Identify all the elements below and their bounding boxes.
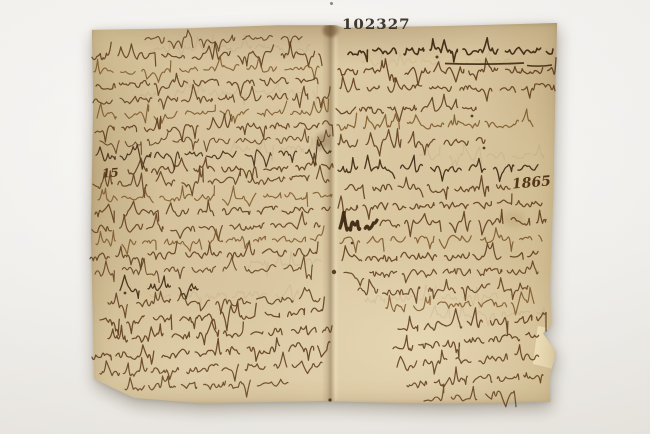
photograph-background: 102327 1865 15 <box>0 0 650 434</box>
dust-speck <box>330 2 333 5</box>
archive-stamp-number: 102327 <box>342 15 411 32</box>
handwritten-number: 15 <box>102 165 120 180</box>
handwritten-year: 1865 <box>511 173 551 192</box>
handwriting-layer <box>0 0 650 434</box>
